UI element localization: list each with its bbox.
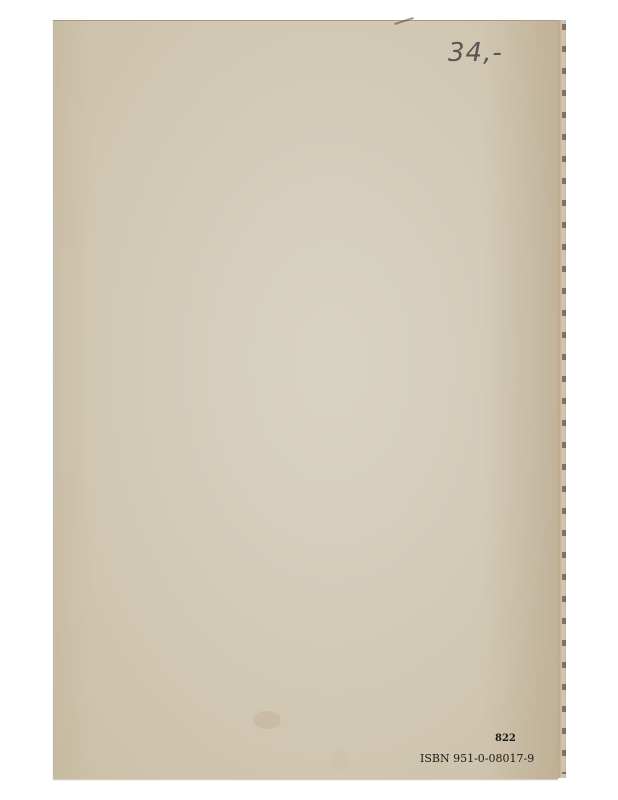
handwritten-price: 34,- [448,38,503,68]
catalog-number: 822 [495,733,516,744]
book-back-cover [53,20,558,779]
isbn-label: ISBN 951-0-08017-9 [420,752,534,765]
spine-text-fragments [562,24,566,774]
paper-stain [253,711,281,729]
paper-stain [330,750,350,770]
